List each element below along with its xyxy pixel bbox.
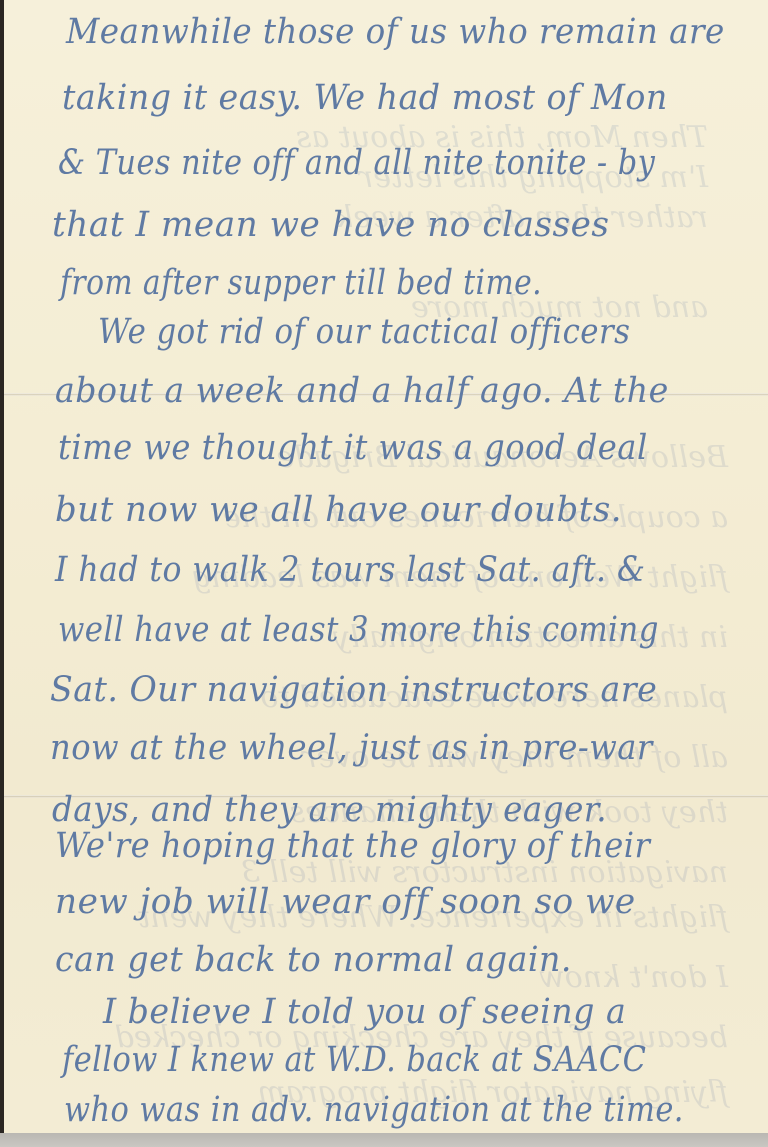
handwritten-line: now at the wheel, just as in pre-war xyxy=(50,728,653,768)
handwritten-line: We're hoping that the glory of their xyxy=(55,826,650,866)
handwritten-line: fellow I knew at W.D. back at SAACC xyxy=(62,1040,646,1080)
handwritten-line: well have at least 3 more this coming xyxy=(58,610,659,650)
handwritten-line: I believe I told you of seeing a xyxy=(103,992,626,1032)
scan-background-strip xyxy=(0,1133,768,1147)
handwritten-line: who was in adv. navigation at the time. xyxy=(64,1090,684,1130)
handwritten-line: taking it easy. We had most of Mon xyxy=(62,78,668,118)
handwritten-line: that I mean we have no classes xyxy=(52,205,609,245)
handwritten-line: about a week and a half ago. At the xyxy=(55,371,669,411)
handwritten-line: can get back to normal again. xyxy=(55,940,572,980)
handwritten-line: We got rid of our tactical officers xyxy=(98,312,630,352)
handwritten-line: time we thought it was a good deal xyxy=(58,428,648,468)
handwritten-line: days, and they are mighty eager. xyxy=(52,790,607,830)
handwritten-line: & Tues nite off and all nite tonite - by xyxy=(58,143,655,183)
handwritten-line: I had to walk 2 tours last Sat. aft. & xyxy=(55,550,645,590)
handwritten-line: from after supper till bed time. xyxy=(60,263,542,303)
handwritten-line: Meanwhile those of us who remain are xyxy=(66,12,725,52)
handwritten-line: new job will wear off soon so we xyxy=(55,882,636,922)
handwritten-line: Sat. Our navigation instructors are xyxy=(50,670,657,710)
handwritten-line: but now we all have our doubts. xyxy=(55,490,622,530)
